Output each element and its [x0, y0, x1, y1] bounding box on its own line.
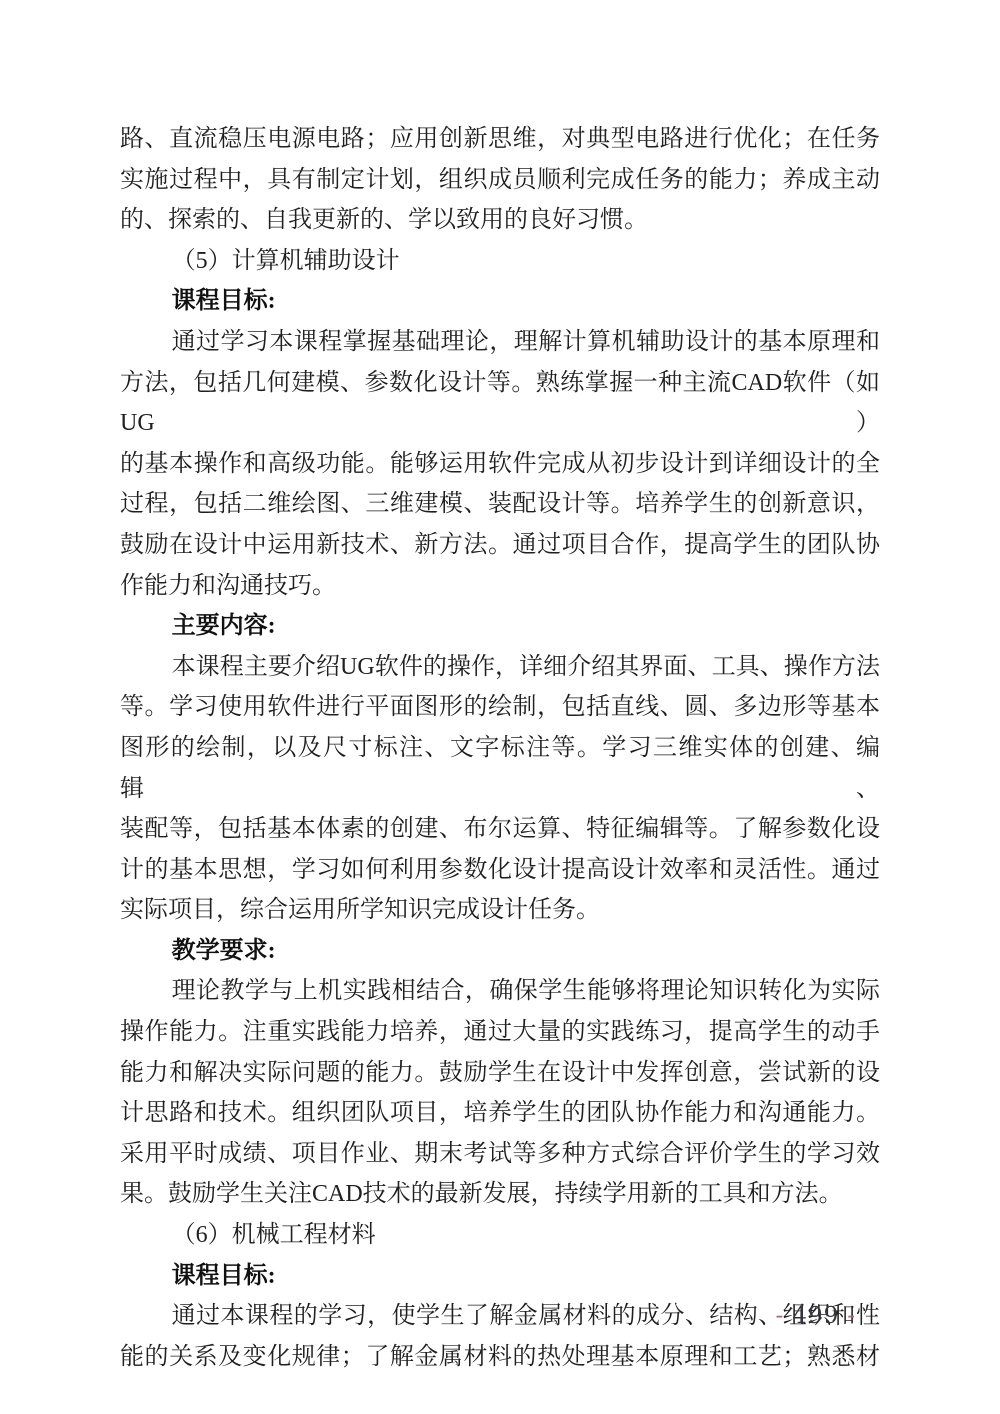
text-line: 的、探索的、自我更新的、学以致用的良好习惯。 — [120, 200, 880, 241]
text-line: 本课程主要介绍UG软件的操作，详细介绍其界面、工具、操作方法 — [120, 647, 880, 688]
text-line: 过程，包括二维绘图、三维建模、装配设计等。培养学生的创新意识， — [120, 484, 880, 525]
page-number-dash-left: - — [776, 1303, 785, 1329]
text-line: 等。学习使用软件进行平面图形的绘制，包括直线、圆、多边形等基本 — [120, 687, 880, 728]
text-line: 鼓励在设计中运用新技术、新方法。通过项目合作，提高学生的团队协 — [120, 525, 880, 566]
section-item-6: （6）机械工程材料 — [120, 1215, 880, 1256]
text-line: 操作能力。注重实践能力培养，通过大量的实践练习，提高学生的动手 — [120, 1012, 880, 1053]
text-line: 能力和解决实际问题的能力。鼓励学生在设计中发挥创意，尝试新的设 — [120, 1053, 880, 1094]
text-line: 计的基本思想，学习如何利用参数化设计提高设计效率和灵活性。通过 — [120, 850, 880, 891]
text-line: 果。鼓励学生关注CAD技术的最新发展，持续学用新的工具和方法。 — [120, 1174, 880, 1215]
text-line: 通过学习本课程掌握基础理论，理解计算机辅助设计的基本原理和 — [120, 322, 880, 363]
heading-course-goals: 课程目标: — [120, 1256, 880, 1297]
text-line: 能的关系及变化规律；了解金属材料的热处理基本原理和工艺；熟悉材 — [120, 1337, 880, 1378]
heading-teaching-requirements: 教学要求: — [120, 931, 880, 972]
text-line: 路、直流稳压电源电路；应用创新思维，对典型电路进行优化；在任务 — [120, 119, 880, 160]
text-line: 通过本课程的学习，使学生了解金属材料的成分、结构、组织和性 — [120, 1296, 880, 1337]
text-line: 实际项目，综合运用所学知识完成设计任务。 — [120, 890, 880, 931]
text-line: 的基本操作和高级功能。能够运用软件完成从初步设计到详细设计的全 — [120, 444, 880, 485]
text-line: 方法，包括几何建模、参数化设计等。熟练掌握一种主流CAD软件（如UG） — [120, 363, 880, 444]
document-body: 路、直流稳压电源电路；应用创新思维，对典型电路进行优化；在任务 实施过程中，具有… — [120, 119, 880, 1377]
text-line: 采用平时成绩、项目作业、期末考试等多种方式综合评价学生的学习效 — [120, 1134, 880, 1175]
text-line: 作能力和沟通技巧。 — [120, 566, 880, 607]
text-line: 实施过程中，具有制定计划，组织成员顺利完成任务的能力；养成主动 — [120, 160, 880, 201]
text-line: 图形的绘制，以及尺寸标注、文字标注等。学习三维实体的创建、编辑、 — [120, 728, 880, 809]
page-number: -499- — [768, 1303, 864, 1329]
document-page: 路、直流稳压电源电路；应用创新思维，对典型电路进行优化；在任务 实施过程中，具有… — [0, 0, 1000, 1414]
page-number-value: 499 — [792, 1303, 839, 1329]
text-line: 理论教学与上机实践相结合，确保学生能够将理论知识转化为实际 — [120, 971, 880, 1012]
text-line: 装配等，包括基本体素的创建、布尔运算、特征编辑等。了解参数化设 — [120, 809, 880, 850]
section-item-5: （5）计算机辅助设计 — [120, 241, 880, 282]
heading-course-goals: 课程目标: — [120, 281, 880, 322]
page-number-dash-right: - — [847, 1303, 856, 1329]
text-line: 计思路和技术。组织团队项目，培养学生的团队协作能力和沟通能力。 — [120, 1093, 880, 1134]
heading-main-content: 主要内容: — [120, 606, 880, 647]
